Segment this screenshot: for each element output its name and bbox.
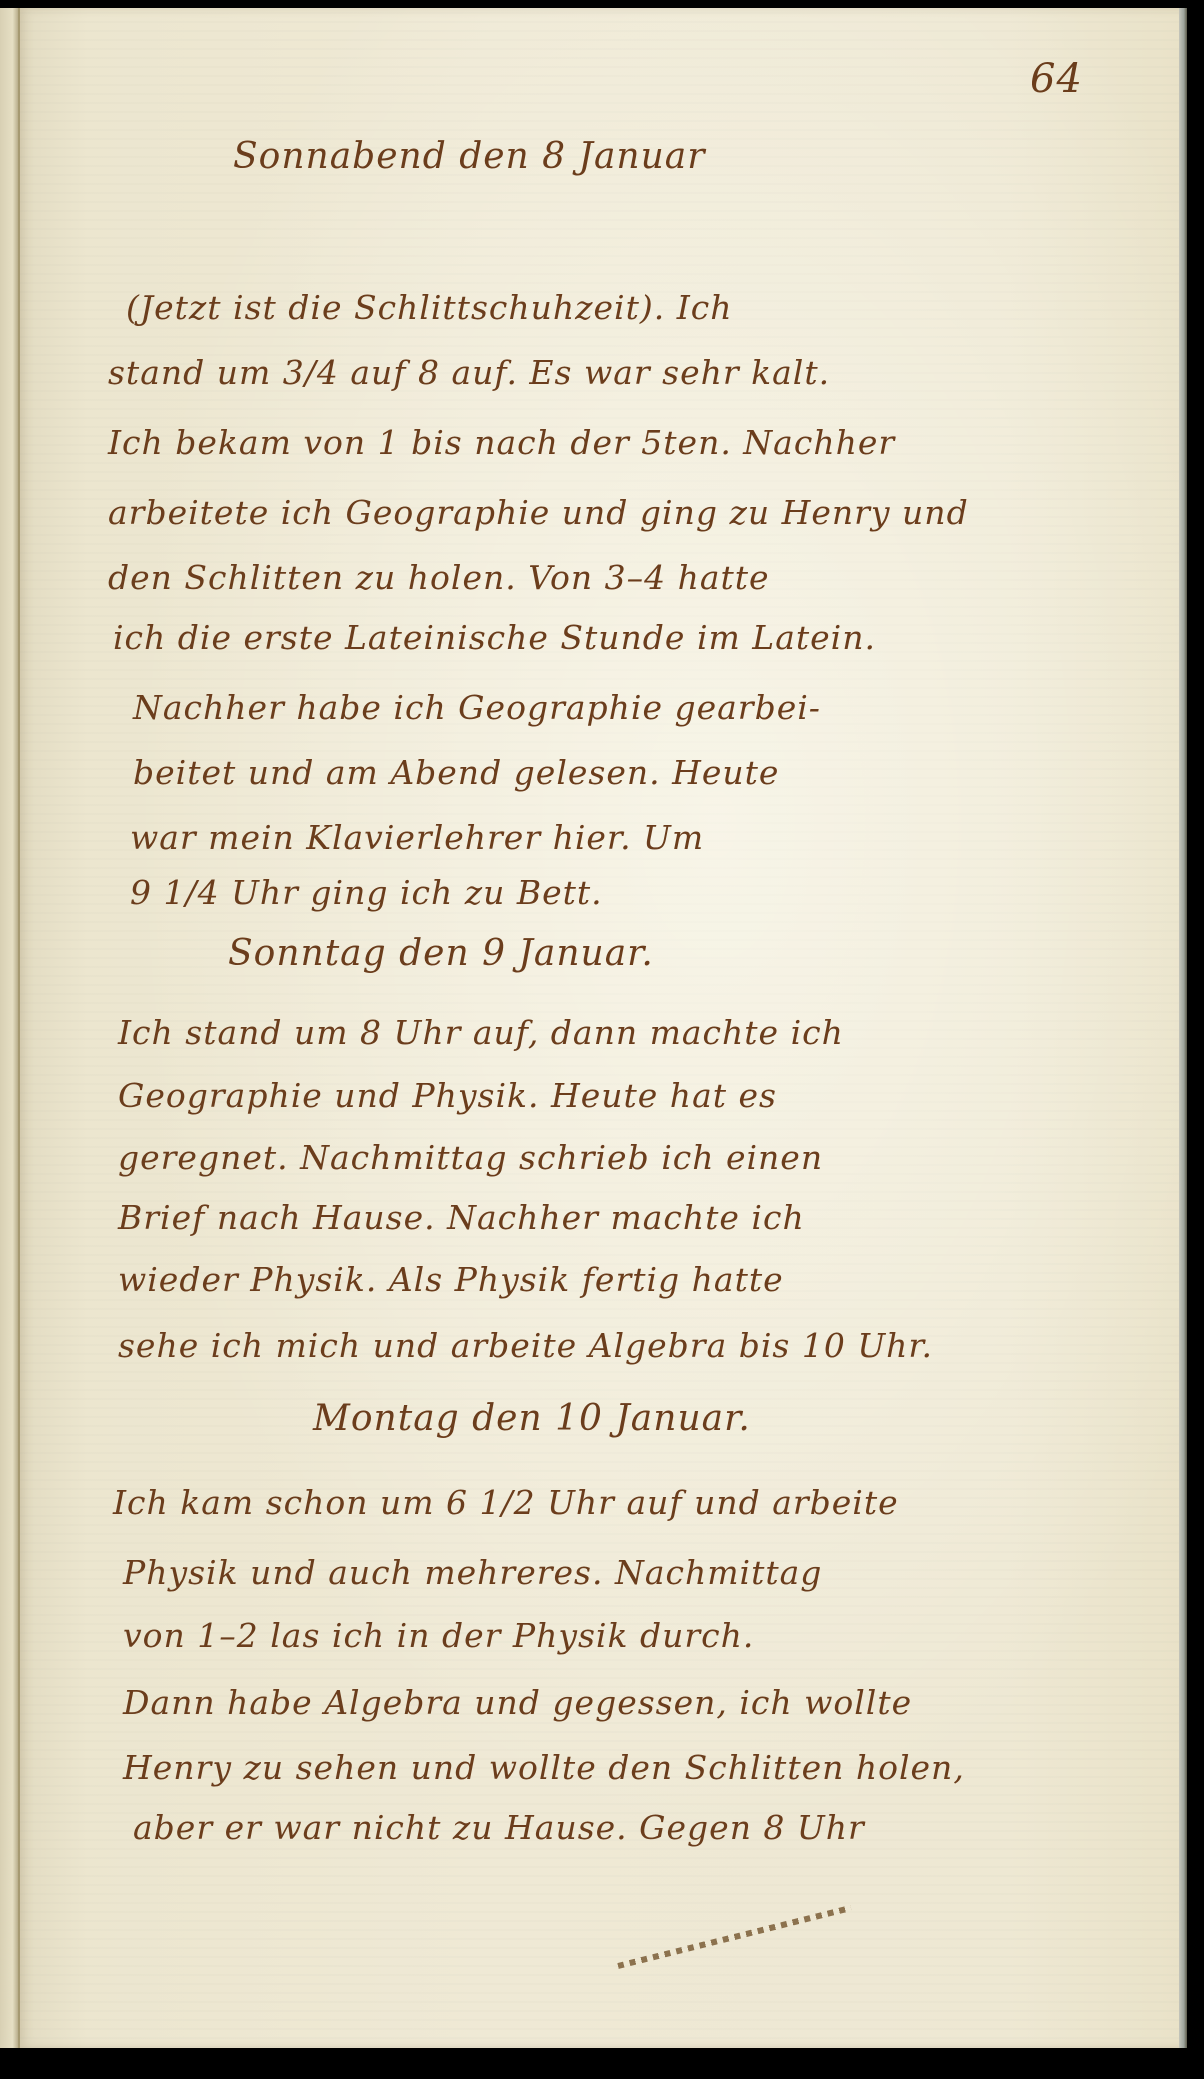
page-edge bbox=[1179, 8, 1187, 2048]
ink-smudge-mark bbox=[617, 1905, 851, 1969]
entry-line: (Jetzt ist die Schlittschuhzeit). Ich bbox=[126, 288, 732, 327]
entry-line: Nachher habe ich Geographie gearbei- bbox=[133, 688, 821, 727]
entry-line: Ich kam schon um 6 1/2 Uhr auf und arbei… bbox=[113, 1483, 899, 1522]
entry-line: stand um 3/4 auf 8 auf. Es war sehr kalt… bbox=[108, 353, 830, 392]
entry-line: geregnet. Nachmittag schrieb ich einen bbox=[118, 1138, 823, 1177]
entry-line: Dann habe Algebra und gegessen, ich woll… bbox=[123, 1683, 912, 1722]
previous-page-edge bbox=[0, 8, 18, 2048]
entry-heading: Montag den 10 Januar. bbox=[313, 1398, 751, 1439]
page-number: 64 bbox=[1030, 56, 1083, 102]
entry-line: arbeitete ich Geographie und ging zu Hen… bbox=[108, 493, 969, 532]
scan-frame: 64 Sonnabend den 8 Januar (Jetzt ist die… bbox=[0, 0, 1204, 2056]
manuscript-page: 64 Sonnabend den 8 Januar (Jetzt ist die… bbox=[18, 8, 1187, 2048]
entry-line: den Schlitten zu holen. Von 3–4 hatte bbox=[108, 558, 770, 597]
entry-line: von 1–2 las ich in der Physik durch. bbox=[123, 1616, 754, 1655]
entry-line: ich die erste Lateinische Stunde im Late… bbox=[113, 618, 876, 657]
entry-heading: Sonntag den 9 Januar. bbox=[228, 933, 654, 974]
entry-line: beitet und am Abend gelesen. Heute bbox=[133, 753, 779, 792]
entry-line: Geographie und Physik. Heute hat es bbox=[118, 1076, 777, 1115]
entry-line: Brief nach Hause. Nachher machte ich bbox=[118, 1198, 805, 1237]
entry-line: Physik und auch mehreres. Nachmittag bbox=[123, 1553, 822, 1592]
entry-line: 9 1/4 Uhr ging ich zu Bett. bbox=[130, 873, 603, 912]
entry-line: aber er war nicht zu Hause. Gegen 8 Uhr bbox=[133, 1808, 865, 1847]
binding-gutter bbox=[18, 8, 20, 2048]
entry-line: Henry zu sehen und wollte den Schlitten … bbox=[123, 1748, 965, 1787]
entry-line: war mein Klavierlehrer hier. Um bbox=[130, 818, 704, 857]
entry-heading: Sonnabend den 8 Januar bbox=[233, 136, 705, 177]
entry-line: Ich bekam von 1 bis nach der 5ten. Nachh… bbox=[108, 423, 895, 462]
entry-line: Ich stand um 8 Uhr auf, dann machte ich bbox=[118, 1013, 844, 1052]
entry-line: sehe ich mich und arbeite Algebra bis 10… bbox=[118, 1326, 933, 1365]
entry-line: wieder Physik. Als Physik fertig hatte bbox=[118, 1260, 784, 1299]
